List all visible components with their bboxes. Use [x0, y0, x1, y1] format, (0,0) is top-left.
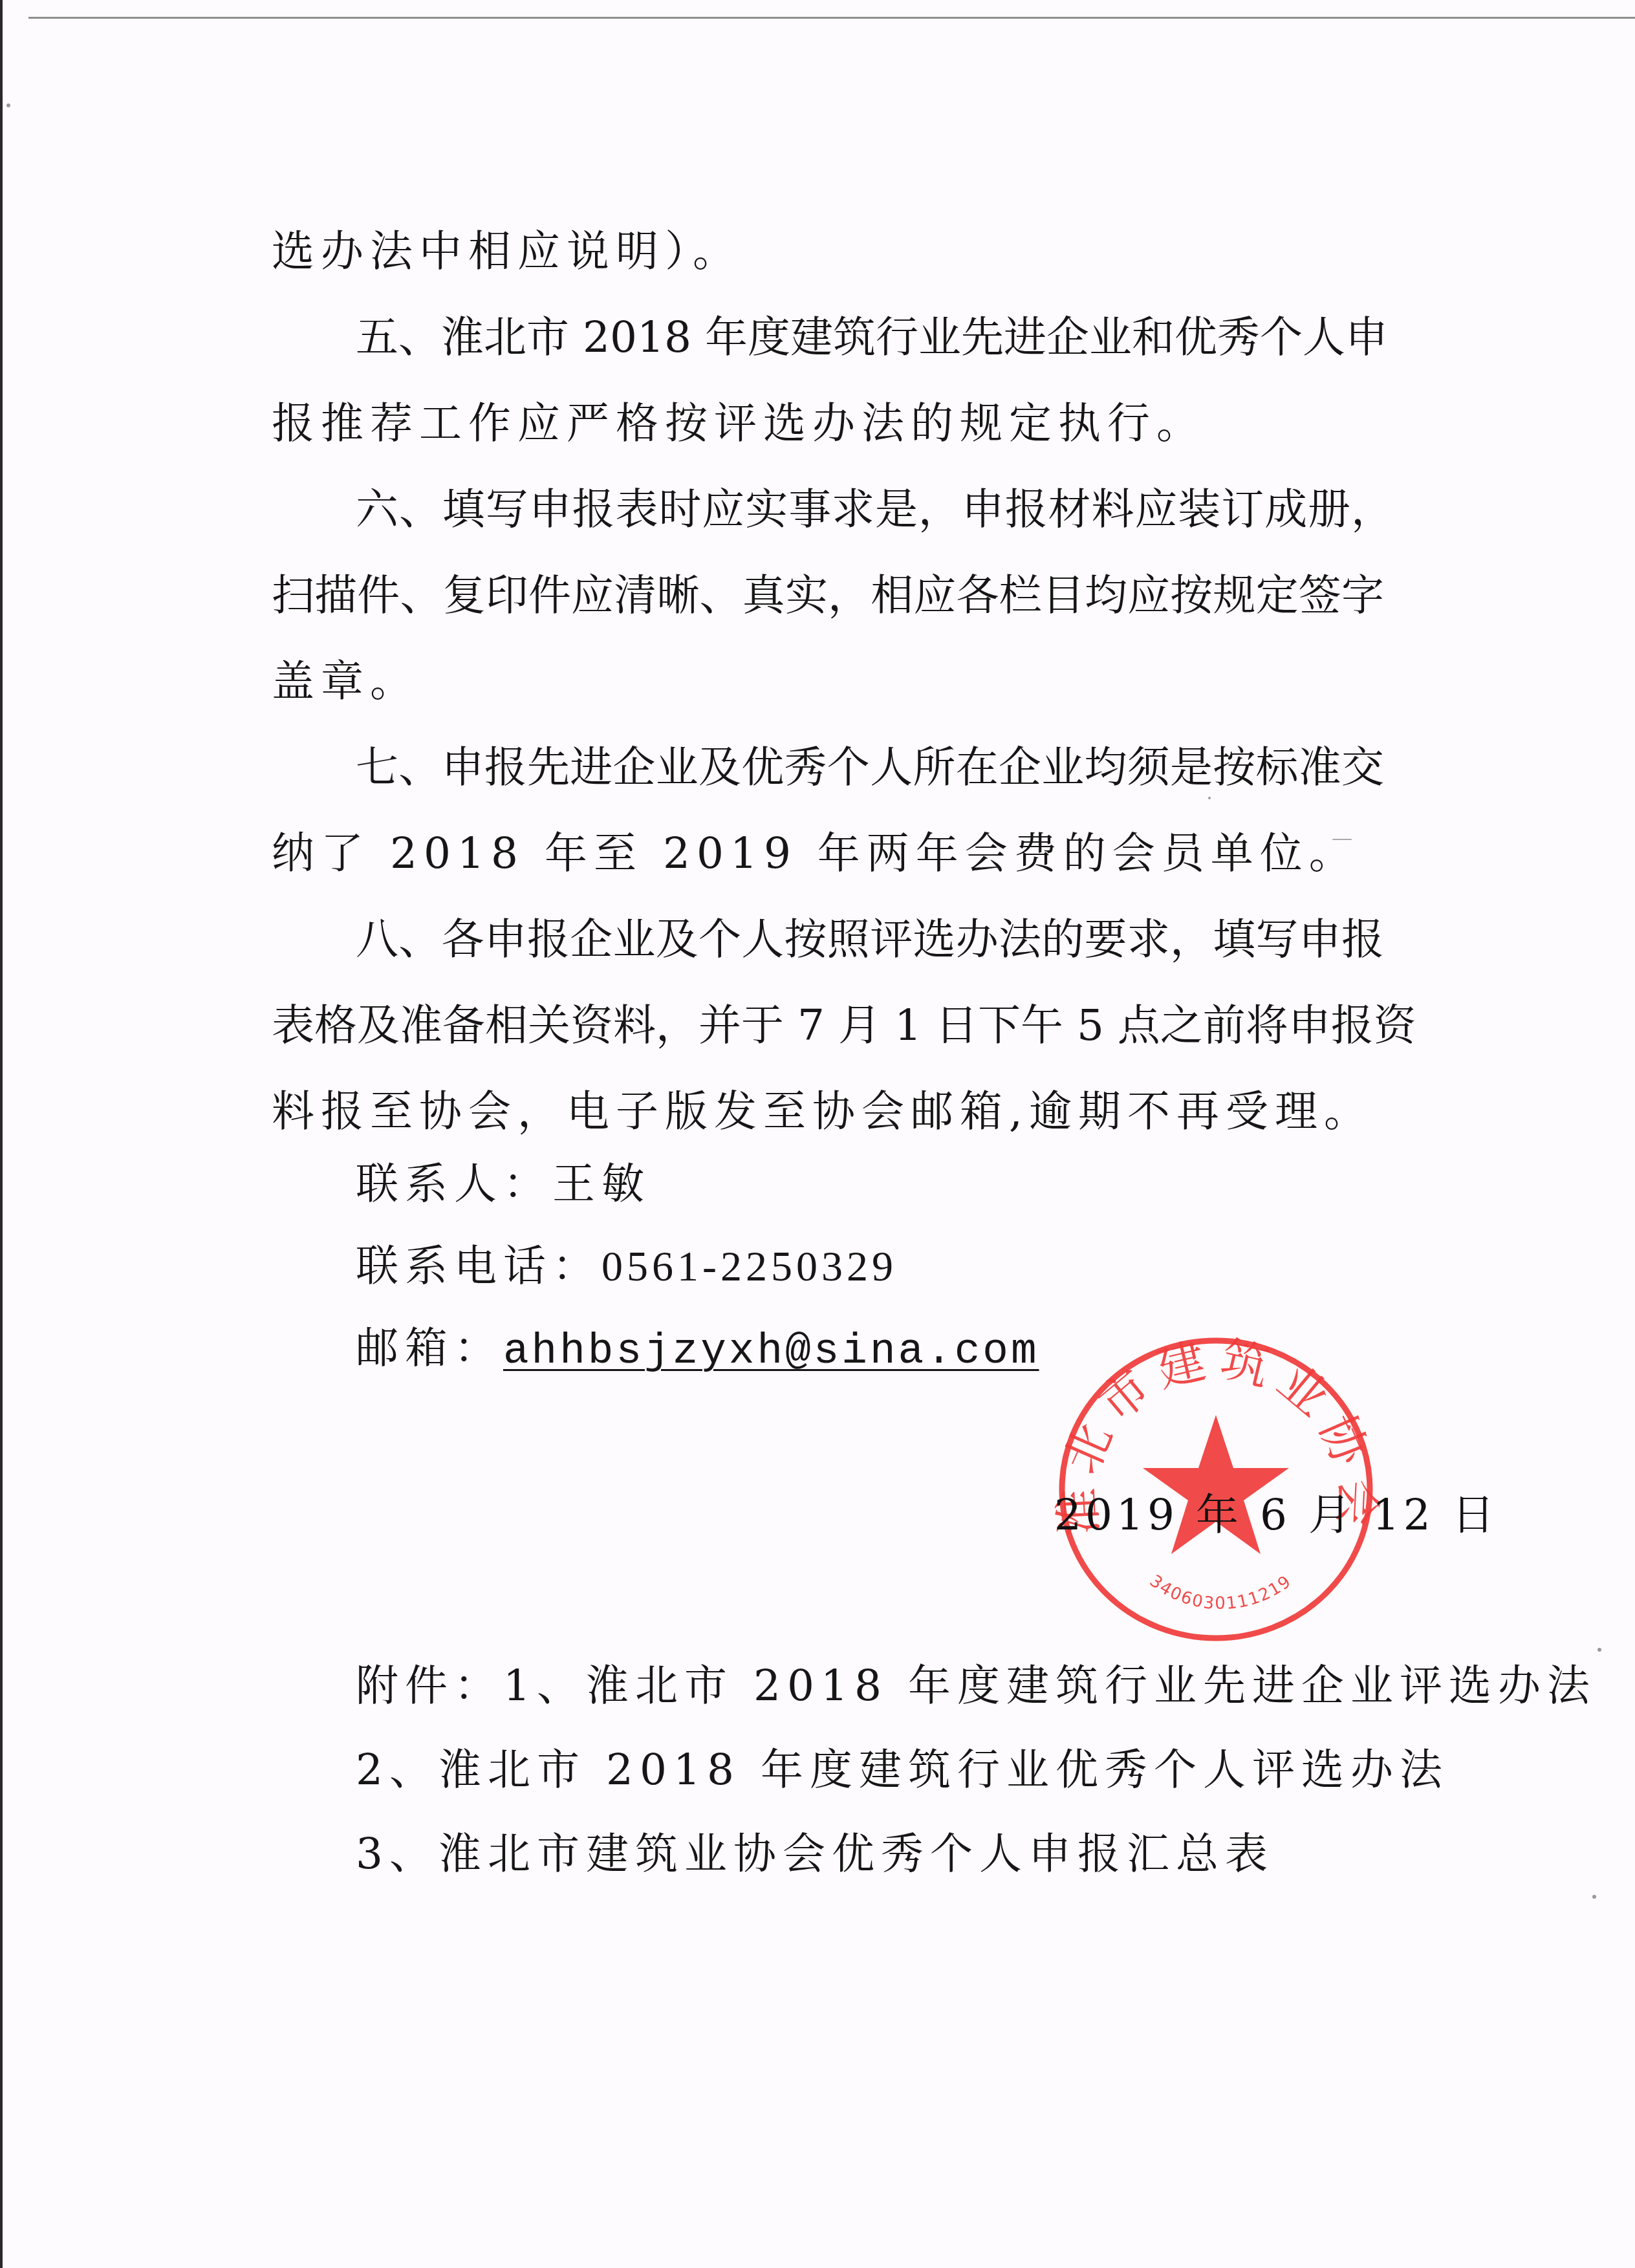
paragraph-line: 纳了 2018 年至 2019 年两年会费的会员单位。	[272, 832, 1358, 875]
paragraph-line: 六、填写申报表时应实事求是，申报材料应装订成册，	[356, 488, 1394, 531]
document-page: 选办法中相应说明）。 五、淮北市 2018 年度建筑行业先进企业和优秀个人申 报…	[0, 0, 1635, 2268]
attachment-item: 附件：1、淮北市 2018 年度建筑行业先进企业评选办法	[356, 1665, 1596, 1707]
contact-email-label: 邮箱：	[356, 1323, 503, 1373]
scan-speck	[1332, 839, 1352, 840]
paragraph-line: 盖章。	[272, 660, 419, 703]
scan-speck	[1592, 1895, 1596, 1899]
paragraph-line: 八、各申报企业及个人按照评选办法的要求，填写申报	[356, 918, 1384, 961]
attachment-item: 3、淮北市建筑业协会优秀个人申报汇总表	[356, 1833, 1274, 1875]
scan-speck	[1208, 797, 1211, 799]
paragraph-line: 七、申报先进企业及优秀个人所在企业均须是按标准交	[356, 746, 1384, 789]
attachment-item: 2、淮北市 2018 年度建筑行业优秀个人评选办法	[356, 1749, 1449, 1791]
contact-person-label: 联系人：	[356, 1159, 552, 1209]
scan-edge-top	[28, 17, 1635, 19]
paragraph-line: 料报至协会，电子版发至协会邮箱,逾期不再受理。	[272, 1090, 1373, 1133]
scan-speck	[1597, 1648, 1601, 1652]
paragraph-line: 选办法中相应说明）。	[272, 230, 742, 273]
scan-edge	[0, 0, 3, 2268]
contact-email: 邮箱：ahhbsjzyxh@sina.com	[356, 1327, 1039, 1373]
scan-speck	[6, 103, 10, 107]
document-date: 2019 年 6 月 12 日	[1054, 1494, 1499, 1537]
paragraph-line: 报推荐工作应严格按评选办法的规定执行。	[272, 402, 1206, 445]
contact-phone-number: 0561-2250329	[601, 1243, 897, 1290]
attachment-1: 1、淮北市 2018 年度建筑行业先进企业评选办法	[503, 1661, 1596, 1711]
contact-phone: 联系电话：0561-2250329	[356, 1245, 897, 1288]
contact-person: 联系人：王敏	[356, 1163, 651, 1205]
paragraph-line: 表格及准备相关资料，并于 7 月 1 日下午 5 点之前将申报资	[272, 1004, 1384, 1047]
attachments-label: 附件：	[356, 1661, 503, 1711]
contact-phone-label: 联系电话：	[356, 1241, 601, 1291]
seal-code-text: 3406030111219	[1146, 1571, 1295, 1614]
paragraph-line: 扫描件、复印件应清晰、真实，相应各栏目均应按规定签字	[272, 574, 1384, 617]
official-seal-stamp: 淮北市建筑业协会 3406030111219	[1051, 1331, 1381, 1648]
email-link[interactable]: ahhbsjzyxh@sina.com	[503, 1327, 1039, 1376]
contact-person-name: 王敏	[552, 1159, 651, 1209]
paragraph-line: 五、淮北市 2018 年度建筑行业先进企业和优秀个人申	[356, 316, 1384, 359]
